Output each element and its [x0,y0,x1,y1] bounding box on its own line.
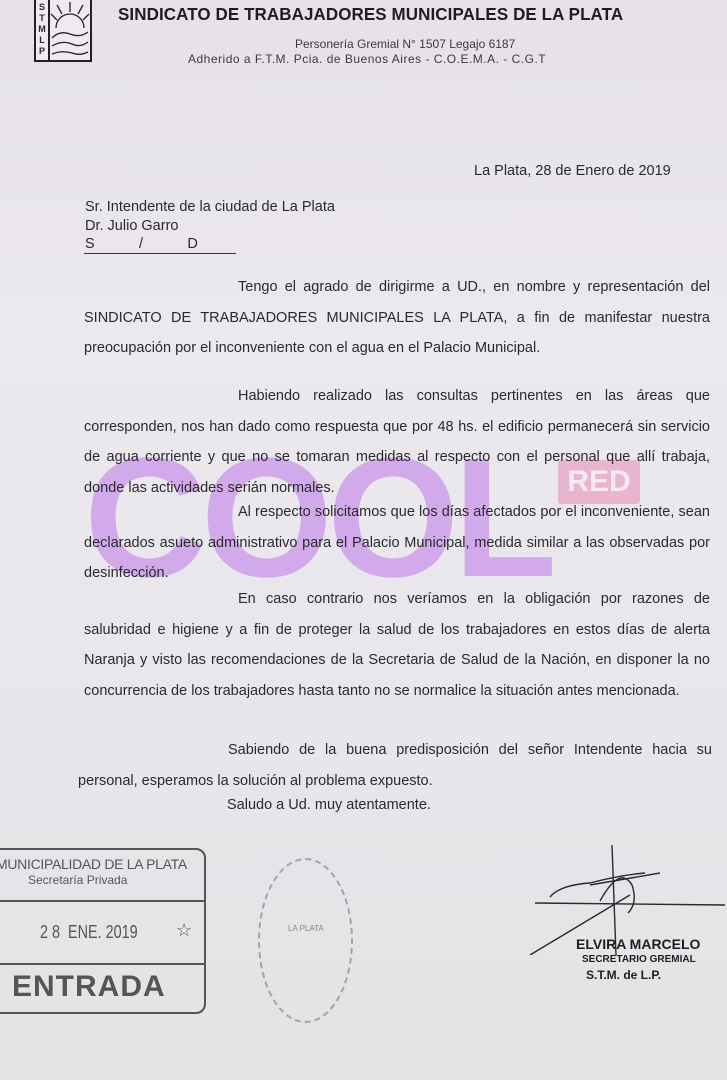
stamp-divider [0,963,204,965]
logo-letter: P [36,46,48,57]
logo-letters: S T M L P [36,0,50,60]
stamp-label: ENTRADA [12,970,166,1004]
recipient-name: Dr. Julio Garro [85,218,178,234]
stamp-org: MUNICIPALIDAD DE LA PLATA [0,856,187,872]
underline-divider [84,253,236,254]
seal-text: LA PLATA [288,924,324,933]
stamp-date: 2 8 ENE. 2019 [40,922,138,943]
paragraph-text: En caso contrario nos veríamos en la obl… [84,584,710,706]
logo-letter: M [36,24,48,35]
stamp-dept: Secretaría Privada [28,873,127,887]
paragraph-5: Sabiendo de la buena predisposición del … [78,735,712,796]
stamp-divider [0,900,204,902]
sun-handshake-icon [50,0,90,60]
paragraph-text: Sabiendo de la buena predisposición del … [78,735,712,796]
signatory-name: ELVIRA MARCELO [576,936,700,952]
signatory-org: S.T.M. de L.P. [586,968,661,982]
paragraph-text: Al respecto solicitamos que los días afe… [84,497,710,589]
paragraph-4: En caso contrario nos veríamos en la obl… [84,584,710,706]
letterhead-title: SINDICATO DE TRABAJADORES MUNICIPALES DE… [118,4,623,25]
recipient-sd: S / D [85,236,198,252]
signatory-role: SECRETARIO GREMIAL [582,954,696,965]
paragraph-3: Al respecto solicitamos que los días afe… [84,497,710,589]
reception-stamp: MUNICIPALIDAD DE LA PLATA Secretaría Pri… [0,848,206,1014]
star-icon: ☆ [176,920,192,941]
logo-letter: S [36,2,48,13]
letterhead-affiliation: Adherido a F.T.M. Pcia. de Buenos Aires … [188,52,546,66]
closing-line: Saludo a Ud. muy atentamente. [227,797,431,813]
union-logo: S T M L P [34,0,92,62]
paragraph-1: Tengo el agrado de dirigirme a UD., en n… [84,272,710,364]
letterhead-registration: Personería Gremial N° 1507 Legajo 6187 [295,37,515,51]
logo-letter: T [36,13,48,24]
union-seal: LA PLATA [258,858,353,1023]
paragraph-2: Habiendo realizado las consultas pertine… [84,381,710,503]
letter-date: La Plata, 28 de Enero de 2019 [474,163,671,179]
paragraph-text: Habiendo realizado las consultas pertine… [84,381,710,503]
logo-letter: L [36,35,48,46]
recipient-title: Sr. Intendente de la ciudad de La Plata [85,199,335,215]
paragraph-text: Tengo el agrado de dirigirme a UD., en n… [84,272,710,364]
